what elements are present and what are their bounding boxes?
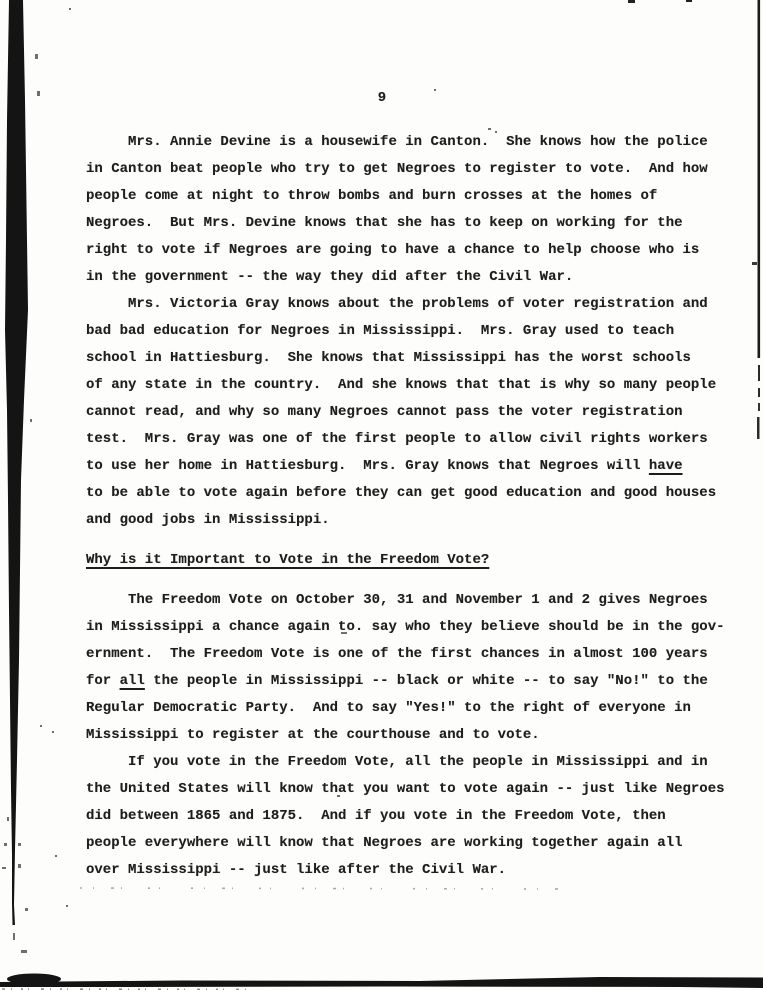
typed-text: in Mississippi a chance again to. say wh… bbox=[86, 619, 725, 635]
scan-artifact-bottom-bump bbox=[7, 974, 61, 985]
typed-line: in Canton beat people who try to get Neg… bbox=[86, 156, 746, 183]
typed-text: and good jobs in Mississippi. bbox=[86, 512, 330, 528]
typed-line: to be able to vote again before they can… bbox=[86, 480, 746, 507]
typed-text: in Canton beat people who try to get Neg… bbox=[86, 161, 708, 177]
typed-line: to use her home in Hattiesburg. Mrs. Gra… bbox=[86, 453, 746, 480]
scan-artifact-right-tick bbox=[752, 262, 757, 265]
page-number: 9 bbox=[86, 85, 678, 112]
typed-line: for all the people in Mississippi -- bla… bbox=[86, 668, 746, 695]
typed-line: If you vote in the Freedom Vote, all the… bbox=[86, 749, 746, 776]
typed-text: school in Hattiesburg. She knows that Mi… bbox=[86, 350, 691, 366]
typed-line: cannot read, and why so many Negroes can… bbox=[86, 399, 746, 426]
typed-line: over Mississippi -- just like after the … bbox=[86, 857, 746, 884]
typed-text: people everywhere will know that Negroes… bbox=[86, 835, 683, 851]
typed-text: If you vote in the Freedom Vote, all the… bbox=[86, 754, 708, 770]
paragraph: Mrs. Victoria Gray knows about the probl… bbox=[86, 291, 746, 534]
typed-line: in Mississippi a chance again to. say wh… bbox=[86, 614, 746, 641]
scan-artifact-top-mark bbox=[628, 0, 635, 3]
typed-text: in the government -- the way they did af… bbox=[86, 269, 573, 285]
document-blocks: Mrs. Annie Devine is a housewife in Cant… bbox=[86, 129, 746, 884]
typed-text: cannot read, and why so many Negroes can… bbox=[86, 404, 683, 420]
typed-line: ernment. The Freedom Vote is one of the … bbox=[86, 641, 746, 668]
typed-line: The Freedom Vote on October 30, 31 and N… bbox=[86, 587, 746, 614]
typed-text: for bbox=[86, 673, 120, 689]
underlined-text: have bbox=[649, 458, 683, 474]
typed-text: Mrs. Annie Devine is a housewife in Cant… bbox=[86, 134, 708, 150]
typed-line: Regular Democratic Party. And to say "Ye… bbox=[86, 695, 746, 722]
typed-text: to use her home in Hattiesburg. Mrs. Gra… bbox=[86, 458, 649, 474]
typed-line: Negroes. But Mrs. Devine knows that she … bbox=[86, 210, 746, 237]
scan-artifact-right-edge-dash bbox=[758, 388, 760, 397]
typed-text: The Freedom Vote on October 30, 31 and N… bbox=[86, 592, 708, 608]
typed-text: Mrs. Victoria Gray knows about the probl… bbox=[86, 296, 708, 312]
typed-line: Mrs. Annie Devine is a housewife in Cant… bbox=[86, 129, 746, 156]
typed-line: Mrs. Victoria Gray knows about the probl… bbox=[86, 291, 746, 318]
typed-text: Negroes. But Mrs. Devine knows that she … bbox=[86, 215, 683, 231]
typed-text: Mississippi to register at the courthous… bbox=[86, 727, 540, 743]
typed-line: the United States will know that you wan… bbox=[86, 776, 746, 803]
typed-line: people everywhere will know that Negroes… bbox=[86, 830, 746, 857]
typed-text: bad bad education for Negroes in Mississ… bbox=[86, 323, 674, 339]
scan-artifact-right-edge-dash bbox=[758, 403, 760, 411]
typed-line: bad bad education for Negroes in Mississ… bbox=[86, 318, 746, 345]
scan-artifact-dotted-line bbox=[80, 888, 565, 889]
typed-line: people come at night to throw bombs and … bbox=[86, 183, 746, 210]
typed-line: Why is it Important to Vote in the Freed… bbox=[86, 547, 746, 574]
underlined-text: Why is it Important to Vote in the Freed… bbox=[86, 552, 489, 568]
paragraph: The Freedom Vote on October 30, 31 and N… bbox=[86, 587, 746, 749]
typed-text: the people in Mississippi -- black or wh… bbox=[145, 673, 708, 689]
typed-line: and good jobs in Mississippi. bbox=[86, 507, 746, 534]
scan-artifact-right-edge bbox=[758, 0, 761, 358]
typed-text: to be able to vote again before they can… bbox=[86, 485, 716, 501]
scanned-page: 9 Mrs. Annie Devine is a housewife in Ca… bbox=[0, 0, 763, 990]
typed-text: test. Mrs. Gray was one of the first peo… bbox=[86, 431, 708, 447]
underlined-text: all bbox=[120, 673, 145, 689]
typed-text: people come at night to throw bombs and … bbox=[86, 188, 657, 204]
typed-line: of any state in the country. And she kno… bbox=[86, 372, 746, 399]
scan-artifact-bottom-edge bbox=[0, 977, 763, 988]
section-heading: Why is it Important to Vote in the Freed… bbox=[86, 547, 746, 574]
typed-line: test. Mrs. Gray was one of the first peo… bbox=[86, 426, 746, 453]
scan-artifact-bottom-speckles bbox=[2, 989, 250, 990]
typed-text: over Mississippi -- just like after the … bbox=[86, 862, 506, 878]
paragraph: Mrs. Annie Devine is a housewife in Cant… bbox=[86, 129, 746, 291]
paragraph: If you vote in the Freedom Vote, all the… bbox=[86, 749, 746, 884]
scan-artifact-top-mark bbox=[686, 0, 692, 2]
typed-text: Regular Democratic Party. And to say "Ye… bbox=[86, 700, 691, 716]
typed-line: school in Hattiesburg. She knows that Mi… bbox=[86, 345, 746, 372]
typed-line: Mississippi to register at the courthous… bbox=[86, 722, 746, 749]
typed-text: ernment. The Freedom Vote is one of the … bbox=[86, 646, 708, 662]
typed-text: of any state in the country. And she kno… bbox=[86, 377, 716, 393]
typed-text: the United States will know that you wan… bbox=[86, 781, 725, 797]
typed-text: right to vote if Negroes are going to ha… bbox=[86, 242, 699, 258]
typed-line: in the government -- the way they did af… bbox=[86, 264, 746, 291]
typed-line: did between 1865 and 1875. And if you vo… bbox=[86, 803, 746, 830]
typed-text: did between 1865 and 1875. And if you vo… bbox=[86, 808, 666, 824]
scan-artifact-left-band bbox=[5, 0, 28, 925]
typed-line: right to vote if Negroes are going to ha… bbox=[86, 237, 746, 264]
scan-artifact-right-edge-dash bbox=[758, 365, 760, 381]
scan-artifact-right-edge-dash bbox=[757, 417, 760, 439]
page-content: 9 Mrs. Annie Devine is a housewife in Ca… bbox=[86, 85, 746, 884]
